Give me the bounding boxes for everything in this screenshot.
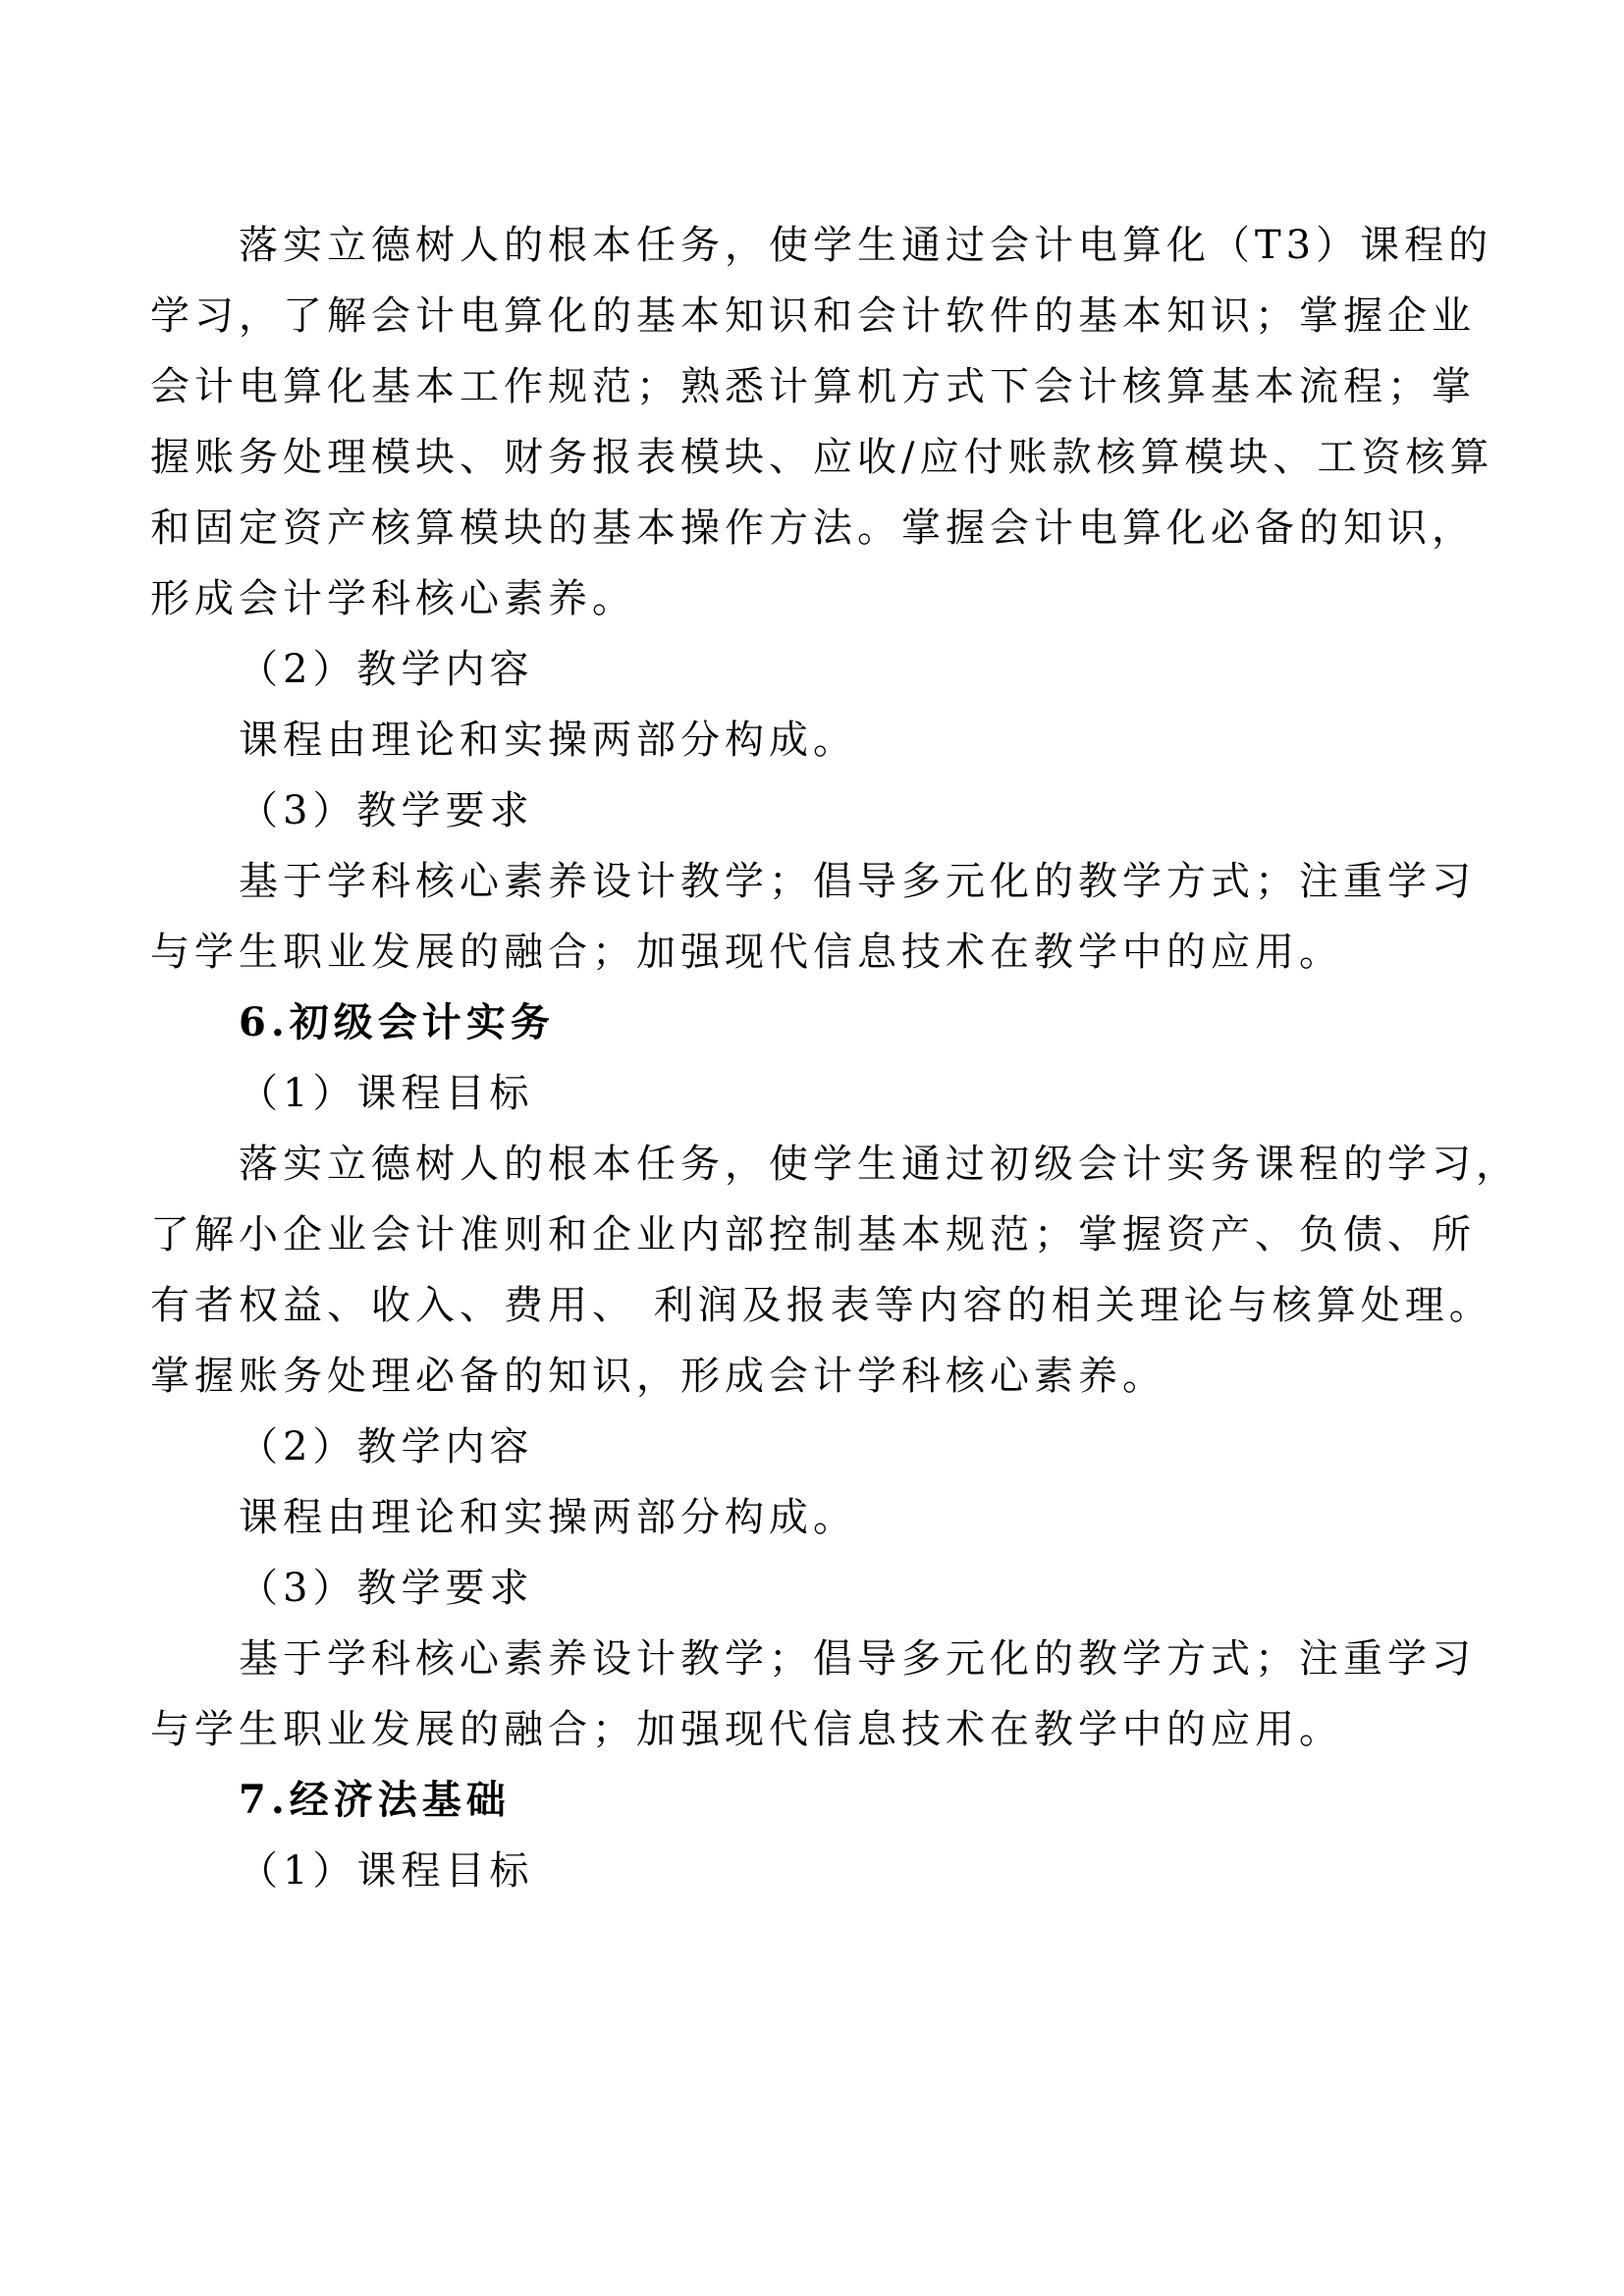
section-5-content-paragraph: 课程由理论和实操两部分构成。 (150, 705, 1476, 775)
section-6-requirements-heading: （3）教学要求 (150, 1553, 1476, 1624)
section-6-content-paragraph: 课程由理论和实操两部分构成。 (150, 1482, 1476, 1553)
section-5-content-heading: （2）教学内容 (150, 634, 1476, 705)
section-6-title: 6.初级会计实务 (150, 988, 1476, 1058)
paragraph-line: 学习，了解会计电算化的基本知识和会计软件的基本知识；掌握企业 (150, 281, 1476, 351)
section-7-objective-heading: （1）课程目标 (150, 1836, 1476, 1906)
paragraph-line: 会计电算化基本工作规范；熟悉计算机方式下会计核算基本流程；掌 (150, 351, 1476, 422)
section-6-objective-heading: （1）课程目标 (150, 1058, 1476, 1129)
section-5-objective-paragraph: 落实立德树人的根本任务，使学生通过会计电算化（T3）课程的 学习，了解会计电算化… (150, 210, 1476, 634)
document-page: 落实立德树人的根本任务，使学生通过会计电算化（T3）课程的 学习，了解会计电算化… (150, 210, 1476, 1906)
section-6-objective-paragraph: 落实立德树人的根本任务，使学生通过初级会计实务课程的学习， 了解小企业会计准则和… (150, 1129, 1476, 1412)
paragraph-line: 了解小企业会计准则和企业内部控制基本规范；掌握资产、负债、所 (150, 1200, 1476, 1270)
paragraph-line: 形成会计学科核心素养。 (150, 563, 1476, 634)
section-7-title: 7.经济法基础 (150, 1765, 1476, 1836)
section-6-requirements-paragraph: 基于学科核心素养设计教学；倡导多元化的教学方式；注重学习 与学生职业发展的融合；… (150, 1624, 1476, 1765)
section-6-content-heading: （2）教学内容 (150, 1412, 1476, 1482)
section-5-requirements-heading: （3）教学要求 (150, 775, 1476, 846)
paragraph-line: 落实立德树人的根本任务，使学生通过会计电算化（T3）课程的 (150, 210, 1476, 281)
paragraph-line: 和固定资产核算模块的基本操作方法。掌握会计电算化必备的知识， (150, 493, 1476, 563)
paragraph-line: 基于学科核心素养设计教学；倡导多元化的教学方式；注重学习 (150, 846, 1476, 917)
section-5-requirements-paragraph: 基于学科核心素养设计教学；倡导多元化的教学方式；注重学习 与学生职业发展的融合；… (150, 846, 1476, 988)
paragraph-line: 握账务处理模块、财务报表模块、应收/应付账款核算模块、工资核算 (150, 422, 1476, 493)
paragraph-line: 落实立德树人的根本任务，使学生通过初级会计实务课程的学习， (150, 1129, 1476, 1200)
paragraph-line: 基于学科核心素养设计教学；倡导多元化的教学方式；注重学习 (150, 1624, 1476, 1694)
paragraph-line: 与学生职业发展的融合；加强现代信息技术在教学中的应用。 (150, 917, 1476, 988)
paragraph-line: 与学生职业发展的融合；加强现代信息技术在教学中的应用。 (150, 1694, 1476, 1765)
paragraph-line: 掌握账务处理必备的知识，形成会计学科核心素养。 (150, 1341, 1476, 1412)
paragraph-line: 有者权益、收入、费用、 利润及报表等内容的相关理论与核算处理。 (150, 1270, 1476, 1341)
